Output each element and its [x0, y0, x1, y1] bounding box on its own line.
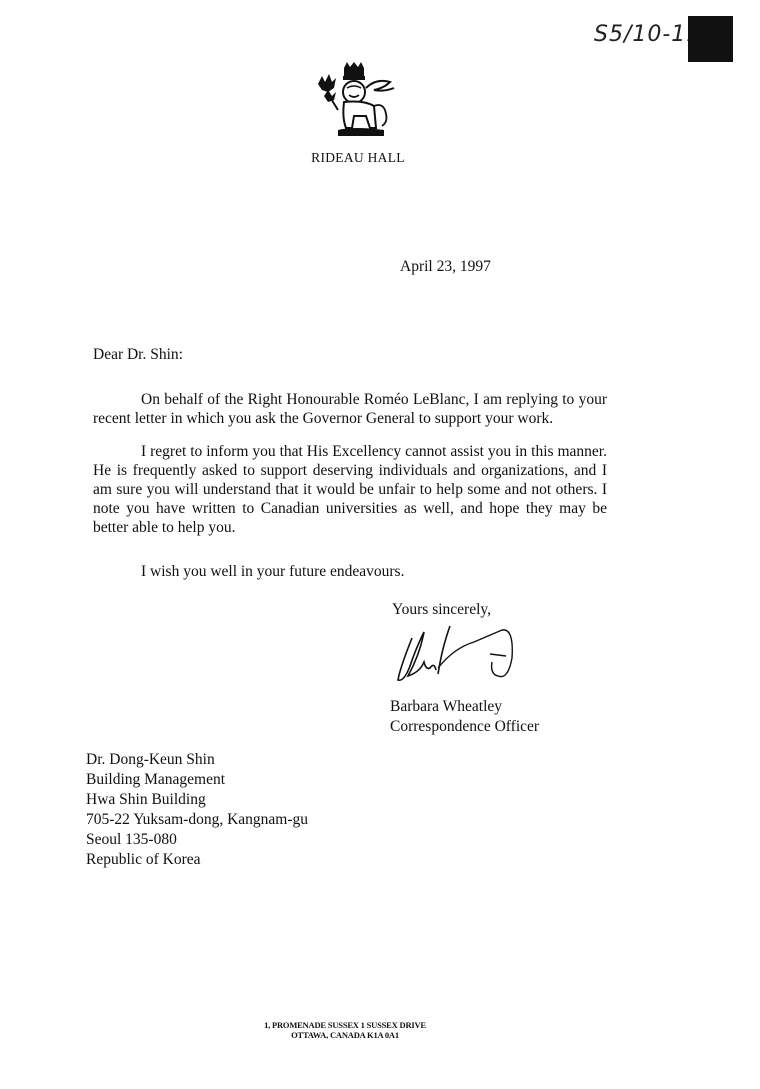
body-paragraph: I wish you well in your future endeavour… — [93, 562, 607, 581]
footer-city: OTTAWA, CANADA K1A 0A1 — [0, 1030, 690, 1040]
signer-block: Barbara Wheatley Correspondence Officer — [390, 697, 539, 737]
signer-name: Barbara Wheatley — [390, 697, 539, 717]
footer-street: 1, PROMENADE SUSSEX 1 SUSSEX DRIVE — [0, 1020, 690, 1030]
royal-lion-crest-icon — [314, 62, 396, 140]
address-line: Building Management — [86, 770, 308, 790]
address-line: Republic of Korea — [86, 850, 308, 870]
recipient-address: Dr. Dong-Keun Shin Building Management H… — [86, 750, 308, 870]
salutation: Dear Dr. Shin: — [93, 346, 183, 364]
letterhead-footer: 1, PROMENADE SUSSEX 1 SUSSEX DRIVE OTTAW… — [0, 1020, 690, 1040]
address-line: 705-22 Yuksam-dong, Kangnam-gu — [86, 810, 308, 830]
signer-title: Correspondence Officer — [390, 717, 539, 737]
address-line: Dr. Dong-Keun Shin — [86, 750, 308, 770]
closing: Yours sincerely, — [392, 601, 491, 619]
body-paragraph: I regret to inform you that His Excellen… — [93, 442, 607, 537]
handwritten-signature-icon — [390, 618, 530, 690]
address-line: Hwa Shin Building — [86, 790, 308, 810]
address-line: Seoul 135-080 — [86, 830, 308, 850]
organization-name: RIDEAU HALL — [0, 150, 716, 166]
redaction-block — [688, 16, 733, 62]
body-paragraph: On behalf of the Right Honourable Roméo … — [93, 390, 607, 428]
letter-date: April 23, 1997 — [400, 258, 491, 276]
